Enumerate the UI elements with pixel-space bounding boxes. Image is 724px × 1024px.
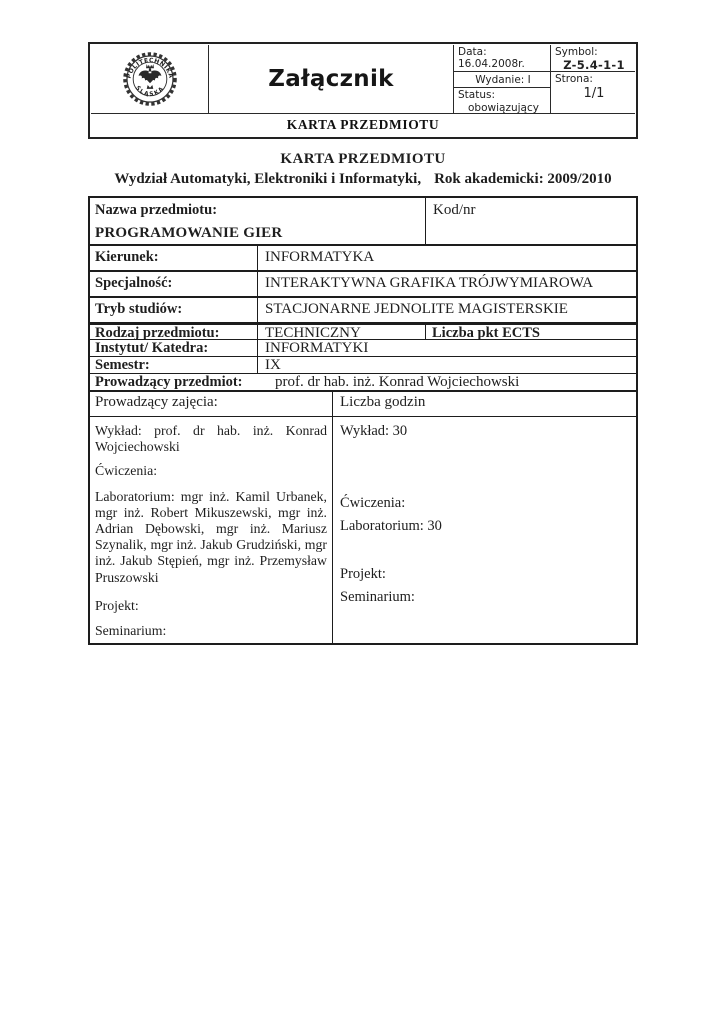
hours-cwiczenia: Ćwiczenia: <box>340 495 630 511</box>
status-label: Status: <box>458 89 495 101</box>
meta-strona-cell: Strona: 1/1 <box>551 72 635 113</box>
rodzaj-value: TECHNICZNY <box>258 325 426 339</box>
kierunek-value: INFORMATYKA <box>258 246 636 270</box>
row-semestr: Semestr: IX <box>90 356 636 373</box>
document-page: POLITECHNIKA ŚLĄSKA Załącznik <box>88 42 638 645</box>
hours-laboratorium: Laboratorium: 30 <box>340 518 630 534</box>
seal-bottom-text: ŚLĄSKA <box>134 85 166 98</box>
hours-wyklad: Wykład: 30 <box>340 423 630 439</box>
data-label: Data: <box>458 46 487 58</box>
cell-kod-nr: Kod/nr <box>426 198 636 244</box>
attachment-title: Załącznik <box>209 45 454 113</box>
logo-cell: POLITECHNIKA ŚLĄSKA <box>91 45 209 113</box>
instytut-label: Instytut/ Katedra: <box>90 340 258 356</box>
prowadzacy-zajecia-label: Prowadzący zajęcia: <box>90 392 333 416</box>
meta-wydanie-cell: Wydanie: I <box>454 72 551 88</box>
meta-status-cell: Status: obowiązujący <box>454 88 551 113</box>
specjalnosc-label: Specjalność: <box>90 272 258 296</box>
prowadzacy-przedmiot-label: Prowadzący przedmiot: <box>90 374 268 390</box>
strona-label: Strona: <box>555 73 593 85</box>
ects-label: Liczba pkt ECTS <box>426 325 636 339</box>
symbol-value: Z-5.4-1-1 <box>555 59 633 71</box>
hours-projekt: Projekt: <box>340 566 630 582</box>
instytut-value: INFORMATYKI <box>258 340 636 356</box>
semestr-value: IX <box>258 357 636 373</box>
row-prowadzacy-przedmiot: Prowadzący przedmiot: prof. dr hab. inż.… <box>90 373 636 390</box>
svg-text:ŚLĄSKA: ŚLĄSKA <box>134 85 166 98</box>
staff-wyklad: Wykład: prof. dr hab. inż. Konrad Wojcie… <box>95 423 327 455</box>
staff-laboratorium: Laboratorium: mgr inż. Kamil Urbanek, mg… <box>95 489 327 586</box>
course-table: Nazwa przedmiotu: PROGRAMOWANIE GIER KOM… <box>88 196 638 645</box>
hours-cell: Wykład: 30 Ćwiczenia: Laboratorium: 30 P… <box>333 417 636 643</box>
eagle-emblem-icon <box>138 64 161 89</box>
row-staff-hours: Wykład: prof. dr hab. inż. Konrad Wojcie… <box>90 416 636 643</box>
nazwa-label: Nazwa przedmiotu: <box>95 202 217 218</box>
cell-nazwa: Nazwa przedmiotu: PROGRAMOWANIE GIER KOM… <box>90 198 426 244</box>
staff-projekt: Projekt: <box>95 598 327 614</box>
subtitle-academic-year: Rok akademicki: 2009/2010 <box>434 171 612 187</box>
row-rodzaj-przedmiotu: Rodzaj przedmiotu: TECHNICZNY Liczba pkt… <box>90 322 636 339</box>
meta-data-cell: Data: 16.04.2008r. <box>454 45 551 72</box>
hours-seminarium: Seminarium: <box>340 589 630 605</box>
symbol-label: Symbol: <box>555 46 598 58</box>
header: POLITECHNIKA ŚLĄSKA Załącznik <box>88 42 638 139</box>
prowadzacy-przedmiot-value: prof. dr hab. inż. Konrad Wojciechowski <box>268 374 636 390</box>
liczba-godzin-label: Liczba godzin <box>333 392 636 416</box>
subtitle-faculty: Wydział Automatyki, Elektroniki i Inform… <box>114 171 421 187</box>
tryb-label: Tryb studiów: <box>90 298 258 322</box>
staff-cwiczenia: Ćwiczenia: <box>95 463 327 479</box>
row-tryb-studiow: Tryb studiów: STACJONARNE JEDNOLITE MAGI… <box>90 296 636 322</box>
tryb-value: STACJONARNE JEDNOLITE MAGISTERSKIE <box>258 298 636 322</box>
kierunek-label: Kierunek: <box>90 246 258 270</box>
meta-symbol-cell: Symbol: Z-5.4-1-1 <box>551 45 635 72</box>
page-subtitle: Wydział Automatyki, Elektroniki i Inform… <box>88 171 638 188</box>
row-nazwa-przedmiotu: Nazwa przedmiotu: PROGRAMOWANIE GIER KOM… <box>90 198 636 244</box>
row-specjalnosc: Specjalność: INTERAKTYWNA GRAFIKA TRÓJWY… <box>90 270 636 296</box>
row-instytut: Instytut/ Katedra: INFORMATYKI <box>90 339 636 356</box>
staff-cell: Wykład: prof. dr hab. inż. Konrad Wojcie… <box>90 417 333 643</box>
rodzaj-label: Rodzaj przedmiotu: <box>90 325 258 339</box>
row-kierunek: Kierunek: INFORMATYKA <box>90 244 636 270</box>
strona-value: 1/1 <box>555 88 633 100</box>
row-prowadzacy-zajecia-header: Prowadzący zajęcia: Liczba godzin <box>90 390 636 416</box>
nazwa-value: PROGRAMOWANIE GIER KOMPUTEROWYCH <box>95 225 420 244</box>
staff-seminarium: Seminarium: <box>95 623 327 639</box>
data-value: 16.04.2008r. <box>458 58 525 70</box>
page-title: KARTA PRZEDMIOTU <box>88 151 638 168</box>
politechnika-slaska-seal-icon: POLITECHNIKA ŚLĄSKA <box>121 50 179 108</box>
specjalnosc-value: INTERAKTYWNA GRAFIKA TRÓJWYMIAROWA <box>258 272 636 296</box>
header-band-title: KARTA PRZEDMIOTU <box>91 113 635 136</box>
semestr-label: Semestr: <box>90 357 258 373</box>
